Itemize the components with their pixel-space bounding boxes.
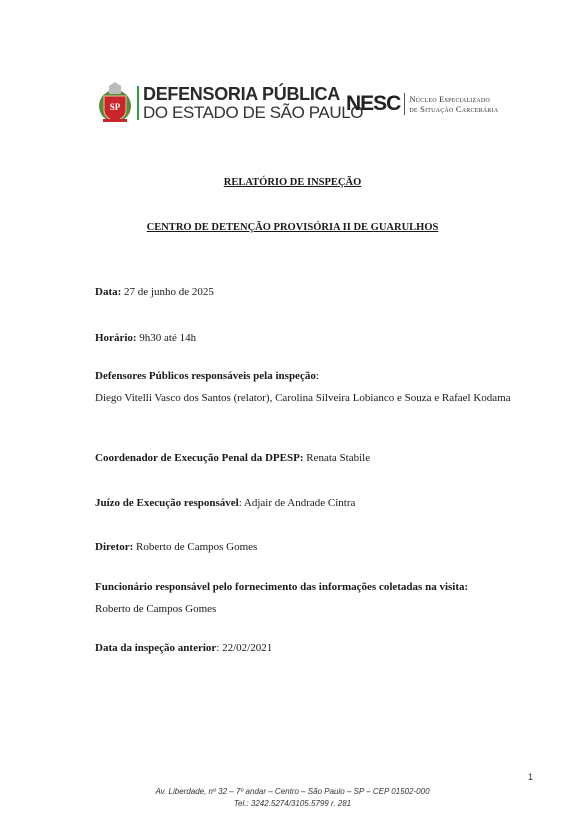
facility-title: CENTRO DE DETENÇÃO PROVISÓRIA II DE GUAR… — [0, 222, 585, 233]
nesc-logo: NESC Núcleo Especializado de Situação Ca… — [346, 92, 498, 116]
field-value: 27 de junho de 2025 — [121, 286, 214, 298]
field-date: Data: 27 de junho de 2025 — [95, 281, 535, 303]
footer-address: Av. Liberdade, nº 32 – 7º andar – Centro… — [0, 786, 585, 798]
field-label: Juízo de Execução responsável — [95, 497, 239, 509]
svg-text:SP: SP — [110, 102, 121, 112]
field-value: Roberto de Campos Gomes — [95, 598, 535, 620]
logo-divider — [137, 86, 139, 120]
field-value: : Adjair de Andrade Cintra — [239, 497, 356, 509]
field-label: Funcionário responsável pelo forneciment… — [95, 581, 468, 593]
dpesp-name-line1: DEFENSORIA PÚBLICA — [143, 85, 363, 103]
nesc-name-line1: Núcleo Especializado — [409, 94, 498, 104]
field-value: 9h30 até 14h — [137, 332, 197, 344]
field-label: Horário: — [95, 332, 137, 344]
field-staff-informant: Funcionário responsável pelo forneciment… — [95, 576, 535, 620]
footer-phone: Tel.: 3242.5274/3105.5799 r. 281 — [0, 798, 585, 810]
field-value: Renata Stabile — [304, 452, 371, 464]
dpesp-logo: SP DEFENSORIA PÚBLICA DO ESTADO DE SÃO P… — [97, 82, 363, 124]
field-director: Diretor: Roberto de Campos Gomes — [95, 536, 535, 558]
nesc-name-line2: de Situação Carcerária — [409, 104, 498, 114]
field-label: Data: — [95, 286, 121, 298]
field-defenders: Defensores Públicos responsáveis pela in… — [95, 365, 535, 409]
field-value: : 22/02/2021 — [216, 642, 272, 654]
nesc-mark: NESC — [346, 92, 400, 116]
page-number: 1 — [528, 772, 533, 782]
field-coordinator: Coordenador de Execução Penal da DPESP: … — [95, 447, 535, 469]
field-time: Horário: 9h30 até 14h — [95, 327, 535, 349]
field-previous-inspection: Data da inspeção anterior: 22/02/2021 — [95, 637, 535, 659]
field-label-suffix: : — [316, 370, 319, 382]
coat-of-arms-icon: SP — [97, 82, 133, 124]
dpesp-name-line2: DO ESTADO DE SÃO PAULO — [143, 104, 363, 121]
document-footer: Av. Liberdade, nº 32 – 7º andar – Centro… — [0, 786, 585, 810]
field-label: Defensores Públicos responsáveis pela in… — [95, 370, 316, 382]
field-value: Roberto de Campos Gomes — [133, 541, 257, 553]
nesc-divider — [404, 93, 405, 115]
field-court: Juízo de Execução responsável: Adjair de… — [95, 492, 535, 514]
field-value: Diego Vitelli Vasco dos Santos (relator)… — [95, 387, 535, 409]
field-label: Diretor: — [95, 541, 133, 553]
report-title: RELATÓRIO DE INSPEÇÃO — [0, 177, 585, 188]
field-label: Data da inspeção anterior — [95, 642, 216, 654]
field-label: Coordenador de Execução Penal da DPESP: — [95, 452, 304, 464]
document-header: SP DEFENSORIA PÚBLICA DO ESTADO DE SÃO P… — [97, 82, 527, 128]
